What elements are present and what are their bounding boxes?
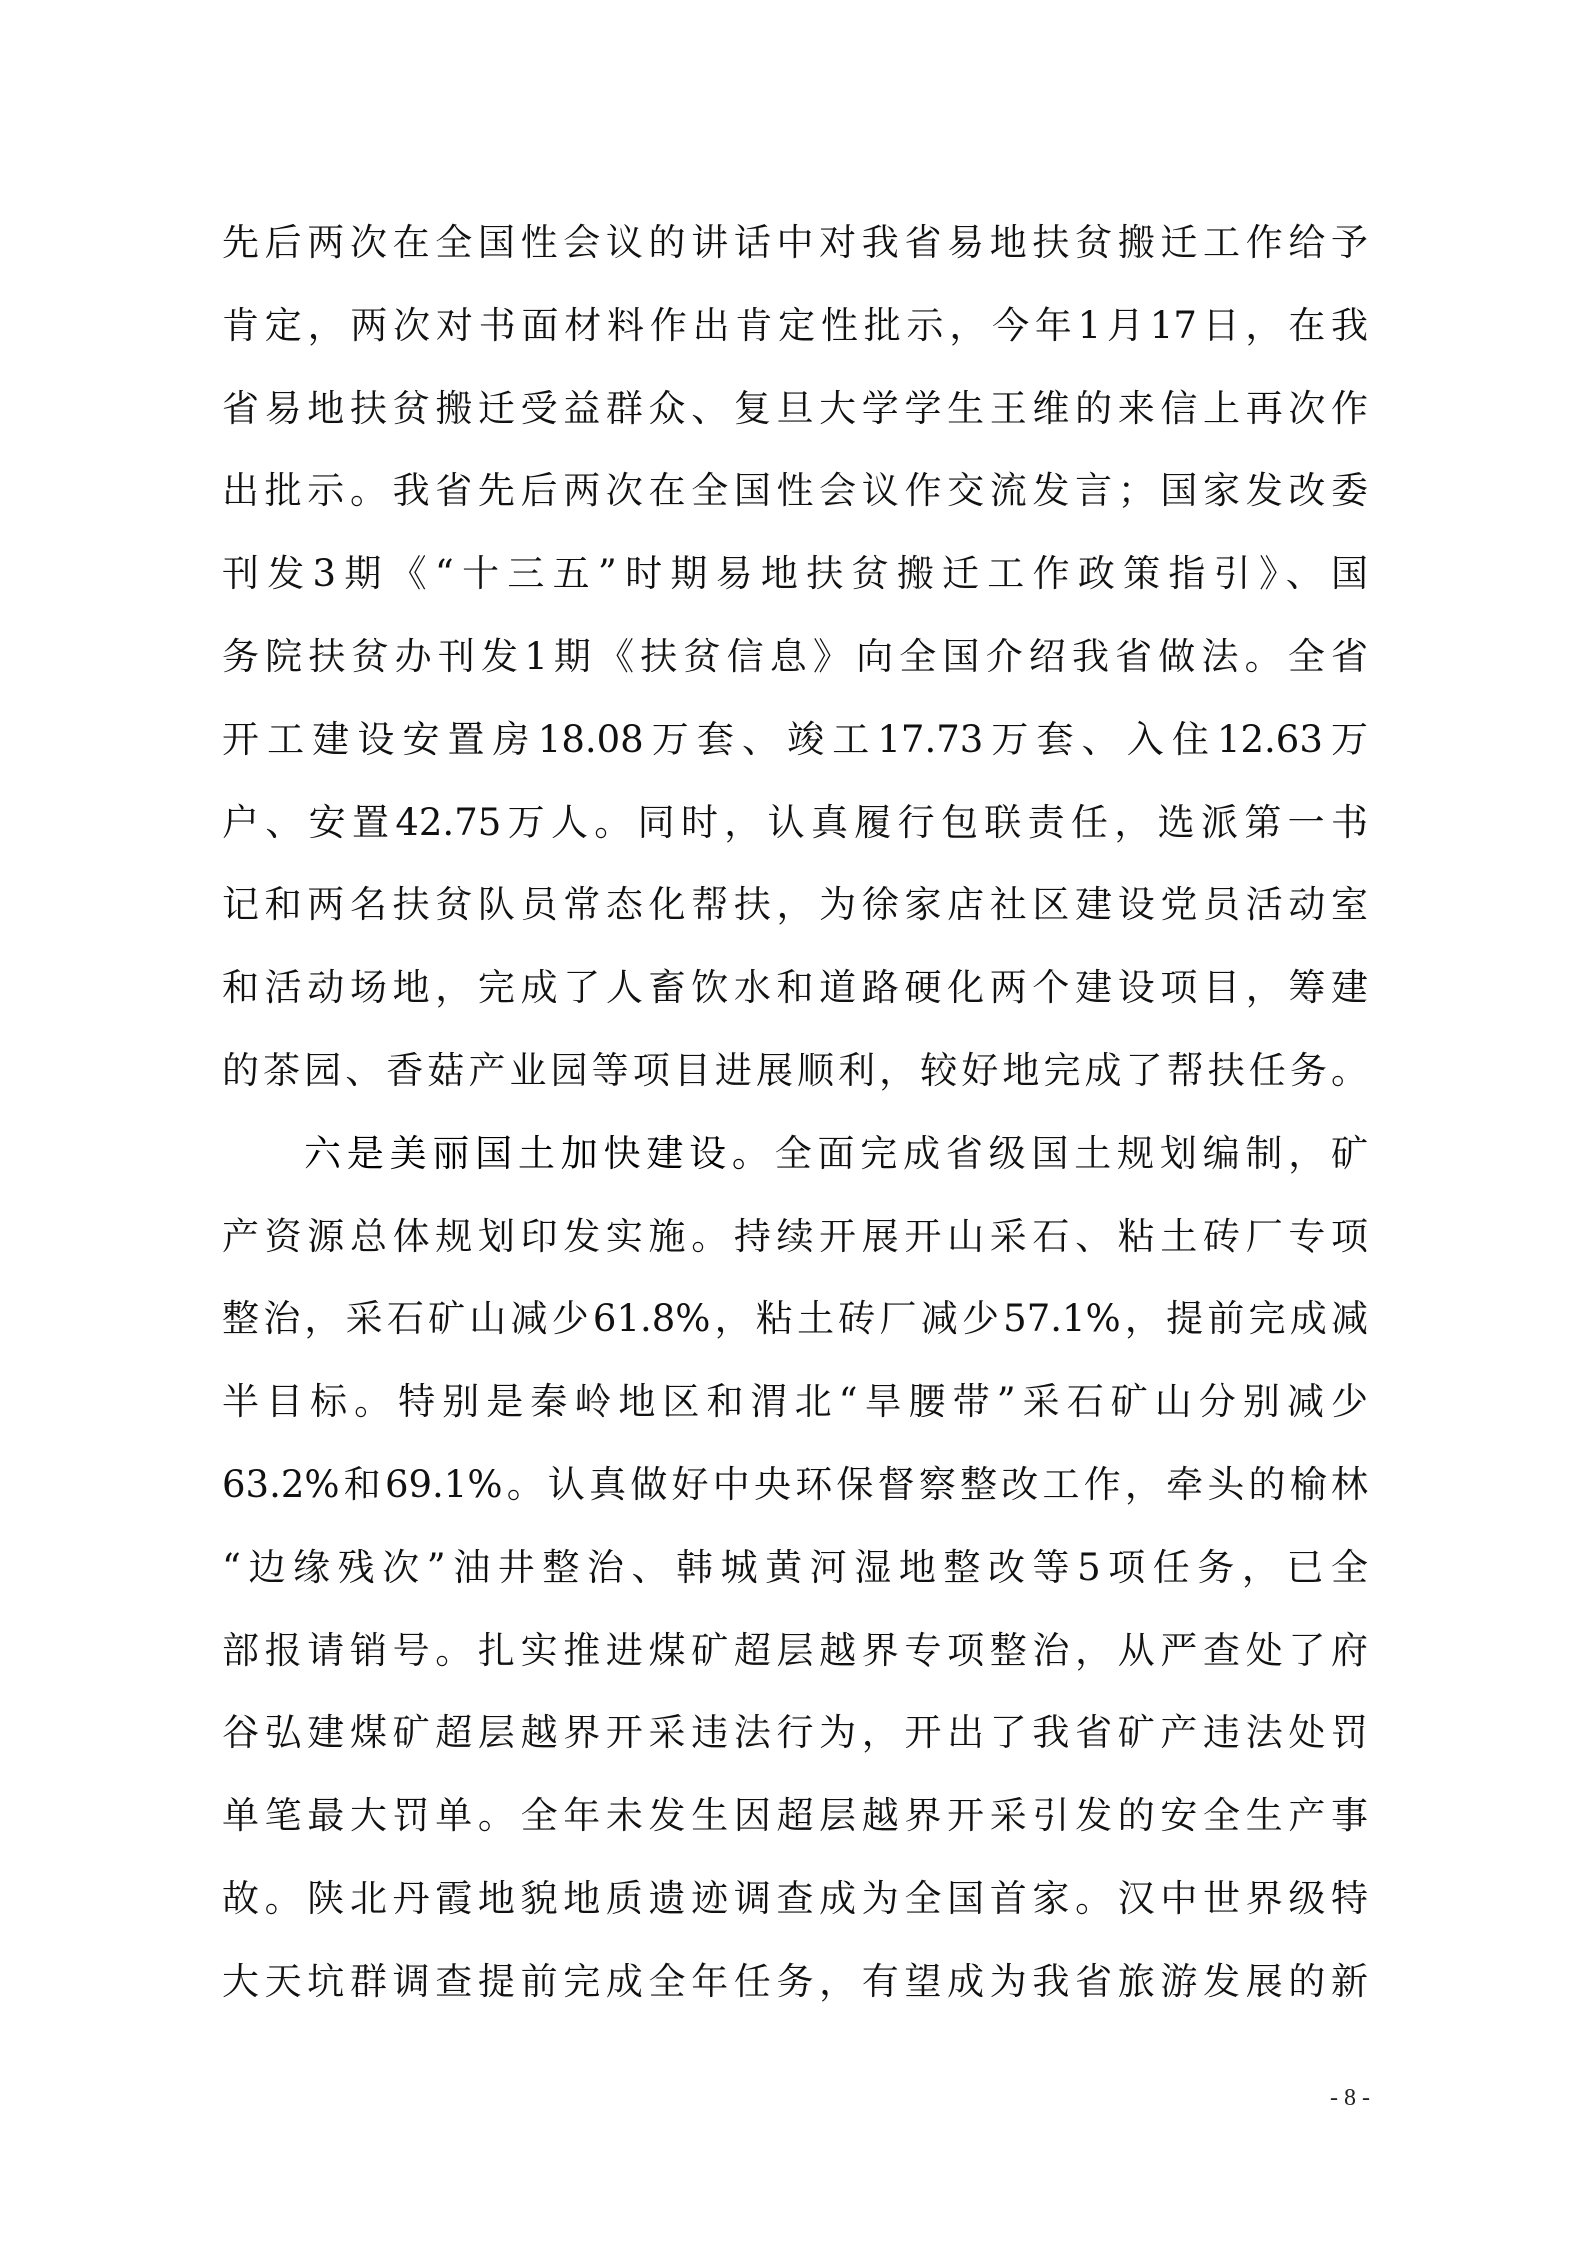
paragraph-1-line-5: 刊发3期《“十三五”时期易地扶贫搬迁工作政策指引》、国 (222, 543, 1368, 626)
paragraph-2-line-1: 六是美丽国土加快建设。全面完成省级国土规划编制，矿 (222, 1123, 1368, 1206)
paragraph-1-line-6: 务院扶贫办刊发1期《扶贫信息》向全国介绍我省做法。全省 (222, 626, 1368, 709)
paragraph-2-line-8: 谷弘建煤矿超层越界开采违法行为，开出了我省矿产违法处罚 (222, 1702, 1368, 1785)
paragraph-1-line-4: 出批示。我省先后两次在全国性会议作交流发言；国家发改委 (222, 460, 1368, 543)
section-heading: 六是美丽国土加快建设。 (304, 1132, 775, 1175)
paragraph-1-line-10: 和活动场地，完成了人畜饮水和道路硬化两个建设项目，筹建 (222, 957, 1368, 1040)
paragraph-1-line-7: 开工建设安置房18.08万套、竣工17.73万套、入住12.63万 (222, 709, 1368, 792)
paragraph-1-line-2: 肯定，两次对书面材料作出肯定性批示，今年1月17日，在我 (222, 295, 1368, 378)
page-number: - 8 - (1300, 2085, 1400, 2112)
paragraph-2-line-7: 部报请销号。扎实推进煤矿超层越界专项整治，从严查处了府 (222, 1620, 1368, 1703)
paragraph-1-line-11: 的茶园、香菇产业园等项目进展顺利，较好地完成了帮扶任务。 (222, 1040, 1368, 1123)
paragraph-2-line-3: 整治，采石矿山减少61.8%，粘土砖厂减少57.1%，提前完成减 (222, 1288, 1368, 1371)
paragraph-2-line-11: 大天坑群调查提前完成全年任务，有望成为我省旅游发展的新 (222, 1951, 1368, 2034)
paragraph-2-line-9: 单笔最大罚单。全年未发生因超层越界开采引发的安全生产事 (222, 1785, 1368, 1868)
paragraph-1-line-1: 先后两次在全国性会议的讲话中对我省易地扶贫搬迁工作给予 (222, 212, 1368, 295)
paragraph-2-line-1-rest: 全面完成省级国土规划编制，矿 (775, 1132, 1368, 1175)
paragraph-2-line-4: 半目标。特别是秦岭地区和渭北“旱腰带”采石矿山分别减少 (222, 1371, 1368, 1454)
paragraph-2-line-10: 故。陕北丹霞地貌地质遗迹调查成为全国首家。汉中世界级特 (222, 1868, 1368, 1951)
paragraph-1-line-8: 户、安置42.75万人。同时，认真履行包联责任，选派第一书 (222, 792, 1368, 875)
paragraph-2-line-2: 产资源总体规划印发实施。持续开展开山采石、粘土砖厂专项 (222, 1206, 1368, 1289)
body-text: 先后两次在全国性会议的讲话中对我省易地扶贫搬迁工作给予 肯定，两次对书面材料作出… (222, 212, 1368, 2034)
paragraph-1-line-9: 记和两名扶贫队员常态化帮扶，为徐家店社区建设党员活动室 (222, 874, 1368, 957)
paragraph-2-line-6: “边缘残次”油井整治、韩城黄河湿地整改等5项任务，已全 (222, 1537, 1368, 1620)
paragraph-1-line-3: 省易地扶贫搬迁受益群众、复旦大学学生王维的来信上再次作 (222, 378, 1368, 461)
document-page: 先后两次在全国性会议的讲话中对我省易地扶贫搬迁工作给予 肯定，两次对书面材料作出… (0, 0, 1587, 2245)
paragraph-2-line-5: 63.2%和69.1%。认真做好中央环保督察整改工作，牵头的榆林 (222, 1454, 1368, 1537)
